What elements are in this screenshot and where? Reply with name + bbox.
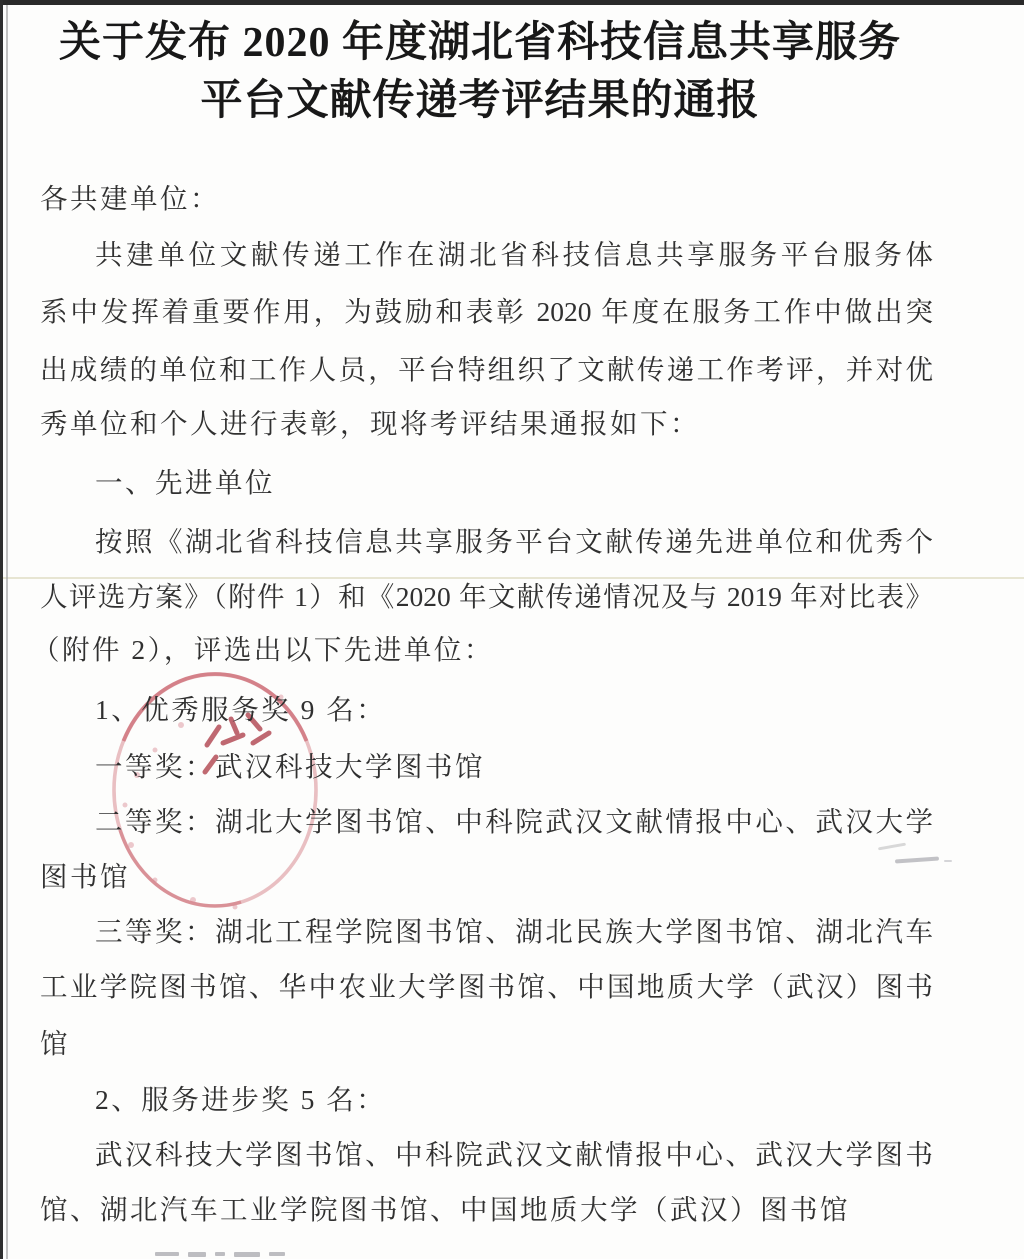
scan-edge-left (0, 0, 3, 1259)
third-prize-line: 三等奖：湖北工程学院图书馆、湖北民族大学图书馆、湖北汽车 (95, 915, 933, 949)
body-line: 工业学院图书馆、华中农业大学图书馆、中国地质大学（武汉）图书 (40, 970, 933, 1004)
award-list-heading: 1、优秀服务奖 9 名： (95, 693, 386, 727)
body-line: 人评选方案》（附件 1）和《2020 年文献传递情况及与 2019 年对比表》 (40, 580, 933, 614)
body-line: 出成绩的单位和工作人员，平台特组织了文献传递工作考评，并对优 (40, 353, 933, 387)
title-line-2: 平台文献传递考评结果的通报 (0, 72, 960, 130)
body-line: 图书馆 (40, 860, 130, 894)
salutation-line: 各共建单位： (40, 182, 220, 216)
award-list-heading: 2、服务进步奖 5 名： (95, 1083, 386, 1117)
pencil-smudge (878, 843, 906, 851)
body-line: 馆、湖北汽车工业学院图书馆、中国地质大学（武汉）图书馆 (40, 1193, 850, 1227)
body-line: 按照《湖北省科技信息共享服务平台文献传递先进单位和优秀个 (95, 525, 933, 559)
scan-edge-top (0, 0, 1024, 5)
body-line: 系中发挥着重要作用，为鼓励和表彰 2020 年度在服务工作中做出突 (40, 295, 933, 329)
body-line: 馆 (40, 1027, 70, 1061)
scan-artifact-line (0, 577, 1024, 579)
cutoff-next-line-glyph-tops (155, 1252, 285, 1258)
scanned-notice-document: 关于发布 2020 年度湖北省科技信息共享服务 平台文献传递考评结果的通报 (0, 0, 1024, 1259)
body-line: 武汉科技大学图书馆、中科院武汉文献情报中心、武汉大学图书 (95, 1138, 933, 1172)
document-title: 关于发布 2020 年度湖北省科技信息共享服务 平台文献传递考评结果的通报 (0, 14, 960, 130)
first-prize-line: 一等奖：武汉科技大学图书馆 (95, 750, 485, 784)
body-line: （附件 2），评选出以下先进单位： (32, 633, 494, 667)
body-line: 共建单位文献传递工作在湖北省科技信息共享服务平台服务体 (95, 238, 933, 272)
pencil-smudge (895, 856, 939, 863)
second-prize-line: 二等奖：湖北大学图书馆、中科院武汉文献情报中心、武汉大学 (95, 805, 933, 839)
title-line-1: 关于发布 2020 年度湖北省科技信息共享服务 (0, 14, 960, 72)
pencil-smudge (944, 860, 952, 862)
section-heading: 一、先进单位 (95, 466, 275, 500)
body-line: 秀单位和个人进行表彰，现将考评结果通报如下： (40, 407, 700, 441)
scan-fold-line (6, 5, 8, 1259)
